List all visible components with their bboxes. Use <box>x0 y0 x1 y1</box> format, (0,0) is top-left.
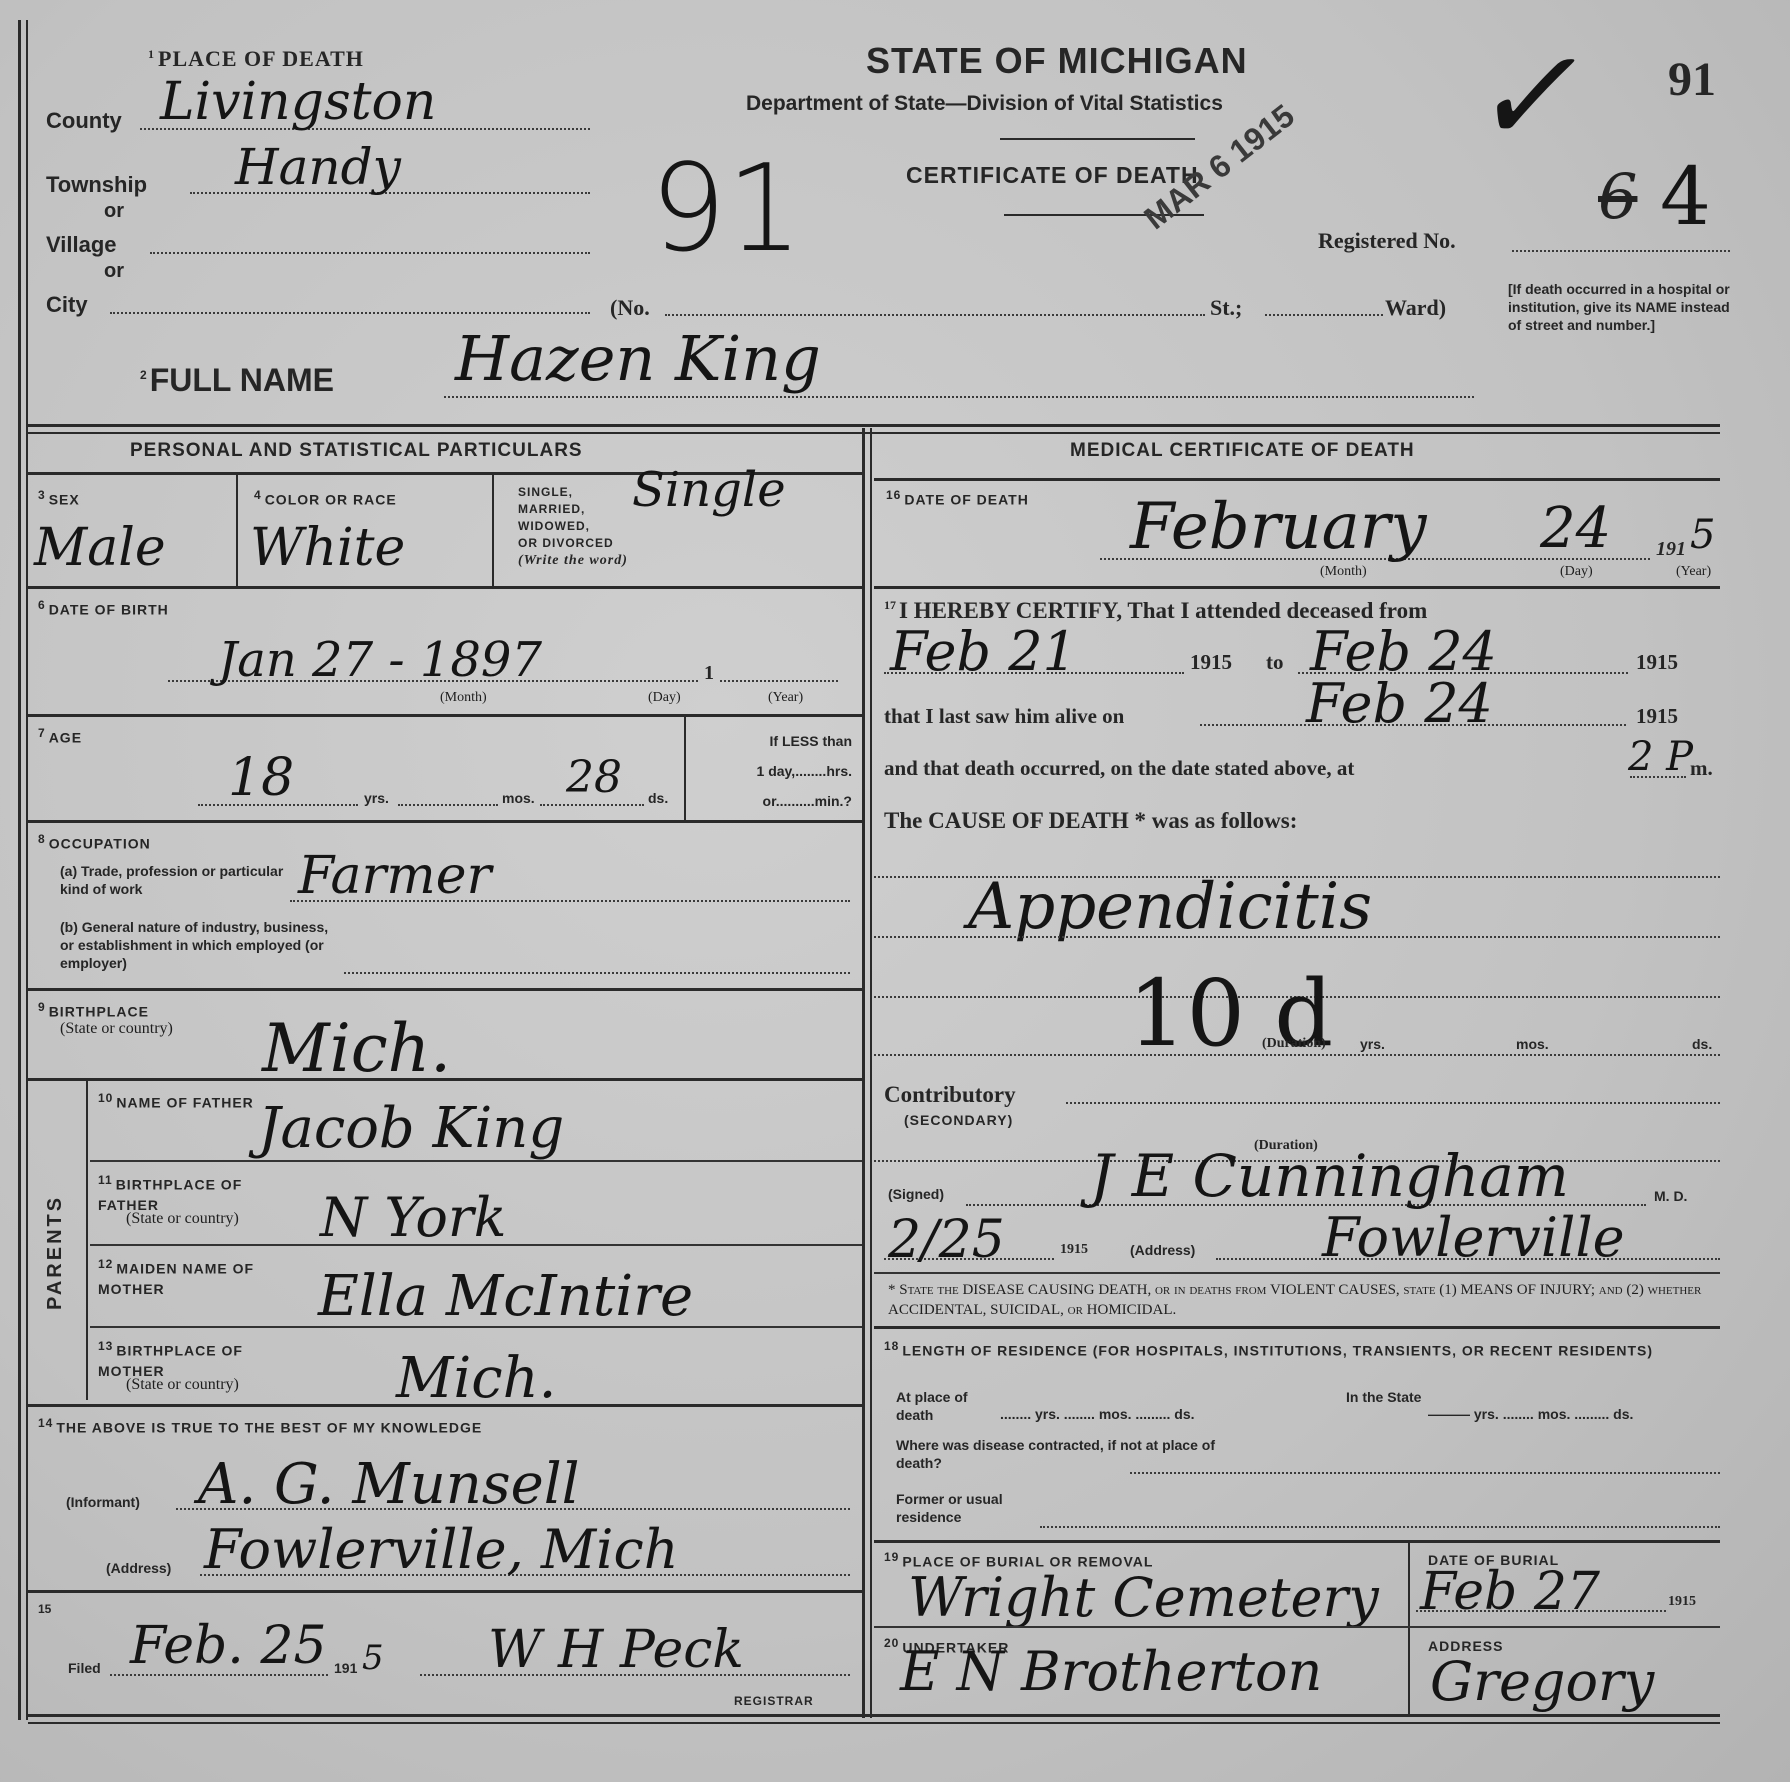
row-rule <box>28 1590 862 1593</box>
in-state-label: In the State <box>1346 1388 1426 1406</box>
less-than-day-block: If LESS than 1 day,........hrs. or......… <box>694 726 852 816</box>
filed-date-value: Feb. 25 <box>130 1616 327 1676</box>
row-rule <box>90 1326 862 1328</box>
registered-no-label: Registered No. <box>1318 228 1456 254</box>
column-divider <box>862 428 865 1718</box>
row-rule <box>874 586 1720 589</box>
informant-value: A. G. Munsell <box>198 1452 580 1517</box>
burial-place-value: Wright Cemetery <box>908 1566 1379 1629</box>
date-of-death-year-suffix: 5 <box>1690 512 1715 558</box>
signed-address-label: (Address) <box>1130 1242 1195 1258</box>
filed-number: 15 <box>38 1602 54 1622</box>
dob-label: 6DATE OF BIRTH <box>38 598 169 618</box>
signed-address-value: Fowlerville <box>1322 1206 1625 1269</box>
attended-from-year: 1915 <box>1190 650 1232 675</box>
father-birthplace-value: N York <box>320 1186 506 1249</box>
hospital-note: [If death occurred in a hospital or inst… <box>1508 280 1738 334</box>
left-border-inner <box>26 20 28 1720</box>
dob-year-line <box>720 680 838 682</box>
death-time-suffix: m. <box>1690 756 1713 781</box>
dob-year-prefix: 1 <box>704 662 714 685</box>
year-caption: (Year) <box>768 690 803 706</box>
cause-line-2 <box>874 936 1720 938</box>
row-rule <box>874 1326 1720 1329</box>
state-title: STATE OF MICHIGAN <box>866 40 1248 82</box>
date-of-death-day: 24 <box>1540 496 1611 561</box>
township-label: Township <box>46 172 147 198</box>
row-rule <box>90 1244 862 1246</box>
duration-label: (Duration) <box>1262 1036 1326 1052</box>
mother-birthplace-sub: (State or country) <box>126 1376 239 1394</box>
dod-month-caption: (Month) <box>1320 564 1367 580</box>
mother-birthplace-label: 13BIRTHPLACE OF MOTHER <box>98 1336 288 1381</box>
place-of-death-heading: 1PLACE OF DEATH <box>148 46 364 72</box>
checkmark-icon: ✓ <box>1464 20 1605 172</box>
registered-no-line <box>1512 250 1730 252</box>
personal-section-title: PERSONAL AND STATISTICAL PARTICULARS <box>130 440 583 462</box>
full-name-line <box>444 396 1474 398</box>
row-rule <box>874 1626 1720 1628</box>
death-time-label: and that death occurred, on the date sta… <box>884 756 1354 781</box>
signed-year: 1915 <box>1060 1242 1088 1258</box>
death-certificate: 1PLACE OF DEATH County Livingston Townsh… <box>0 0 1790 1782</box>
duration-ds: ds. <box>1692 1036 1712 1052</box>
occupation-label: 8OCCUPATION <box>38 832 151 852</box>
birthplace-label: 9BIRTHPLACE <box>38 1000 149 1020</box>
death-time-value: 2 P <box>1628 734 1693 780</box>
occupation-a-value: Farmer <box>298 846 491 906</box>
parents-divider <box>86 1080 88 1400</box>
row-rule <box>28 586 862 589</box>
village-line <box>150 252 590 254</box>
undertaker-address-value: Gregory <box>1430 1650 1654 1713</box>
father-birthplace-label: 11BIRTHPLACE OF FATHER <box>98 1170 288 1215</box>
informant-address-label: (Address) <box>106 1560 171 1576</box>
marital-status-value: Single <box>632 462 786 518</box>
attended-from-value: Feb 21 <box>890 620 1077 683</box>
age-days-line <box>540 804 644 806</box>
column-divider-inner <box>870 428 872 1718</box>
row-rule <box>874 1272 1720 1274</box>
filed-year-prefix: 191 <box>334 1660 357 1676</box>
township-value: Handy <box>235 138 401 196</box>
left-border <box>18 20 21 1720</box>
department-subtitle: Department of State—Division of Vital St… <box>746 92 1223 116</box>
ward-label: Ward) <box>1385 295 1446 321</box>
registered-no-value: 4 <box>1660 150 1711 243</box>
cause-of-death-value: Appendicitis <box>968 870 1372 944</box>
sex-value: Male <box>34 518 166 578</box>
filed-year-suffix: 5 <box>362 1638 384 1678</box>
burial-date-value: Feb 27 <box>1420 1562 1600 1622</box>
residence-place-units: ........ yrs. ........ mos. ......... ds… <box>1000 1406 1195 1422</box>
occupation-b-label: (b) General nature of industry, business… <box>60 918 344 972</box>
street-label: St.; <box>1210 295 1242 321</box>
date-of-death-month: February <box>1130 490 1426 564</box>
full-name-label-text: FULL NAME <box>150 362 334 398</box>
burial-divider <box>1408 1542 1410 1714</box>
duration-mos: mos. <box>1516 1036 1549 1052</box>
informant-label: (Informant) <box>66 1494 140 1510</box>
full-name-value: Hazen King <box>455 322 821 395</box>
cause-footnote: * State the DISEASE CAUSING DEATH, or in… <box>888 1280 1708 1320</box>
disease-contracted-line <box>1130 1472 1720 1474</box>
cause-of-death-label: The CAUSE OF DEATH * was as follows: <box>884 808 1297 834</box>
contributory-line <box>1066 1102 1720 1104</box>
disease-contracted-label: Where was disease contracted, if not at … <box>896 1436 1216 1472</box>
mother-maiden-name-label: 12MAIDEN NAME OF MOTHER <box>98 1254 288 1299</box>
last-saw-label: that I last saw him alive on <box>884 704 1124 729</box>
row-rule <box>28 820 862 823</box>
to-label: to <box>1266 650 1284 675</box>
contributory-label: Contributory <box>884 1082 1016 1108</box>
duration-line <box>874 1054 1720 1056</box>
signed-date-value: 2/25 <box>888 1210 1005 1270</box>
mos-label: mos. <box>502 790 535 806</box>
date-of-death-year-prefix: 191 <box>1656 538 1686 561</box>
last-saw-value: Feb 24 <box>1306 672 1493 735</box>
bottom-border-inner <box>28 1722 1720 1724</box>
attended-to-year: 1915 <box>1636 650 1678 675</box>
medical-title-rule <box>874 478 1720 481</box>
row-rule <box>874 1540 1720 1543</box>
city-label: City <box>46 292 88 318</box>
sex-label: 3SEX <box>38 488 80 508</box>
header-divider <box>28 424 1720 427</box>
informant-address-value: Fowlerville, Mich <box>204 1518 678 1581</box>
mother-birthplace-value: Mich. <box>396 1346 556 1411</box>
mother-maiden-name-value: Ella McIntire <box>318 1264 693 1329</box>
race-label: 4COLOR OR RACE <box>254 488 397 508</box>
parents-label: PARENTS <box>44 1195 67 1310</box>
printed-file-number: 91 <box>1668 52 1716 107</box>
father-name-value: Jacob King <box>258 1096 564 1161</box>
secondary-label: (SECONDARY) <box>904 1112 1013 1128</box>
day-caption: (Day) <box>648 690 681 706</box>
former-residence-line <box>1040 1526 1720 1528</box>
city-line <box>110 312 590 314</box>
registrar-signature: W H Peck <box>488 1620 744 1680</box>
handwritten-file-number: 91 <box>650 140 803 279</box>
registrar-label: REGISTRAR <box>734 1694 814 1708</box>
filed-label: Filed <box>68 1660 101 1676</box>
at-place-label: At place of death <box>896 1388 976 1424</box>
row-rule <box>28 714 862 717</box>
dob-value: Jan 27 - 1897 <box>218 632 542 688</box>
undertaker-value: E N Brotherton <box>900 1640 1322 1703</box>
header-divider-inner <box>28 432 1720 434</box>
duration-yrs: yrs. <box>1360 1036 1385 1052</box>
street-line <box>665 314 1205 316</box>
age-label: 7AGE <box>38 726 82 746</box>
bottom-border <box>28 1714 1720 1717</box>
marital-status-labels: SINGLE, MARRIED, WIDOWED, OR DIVORCED (W… <box>518 484 628 569</box>
row-rule <box>90 1160 862 1162</box>
father-name-label: 10NAME OF FATHER <box>98 1088 258 1113</box>
ward-line <box>1265 314 1383 316</box>
title-rule-top <box>1000 138 1195 140</box>
age-days-value: 28 <box>566 752 622 803</box>
last-saw-year: 1915 <box>1636 704 1678 729</box>
registered-no-struck: 6 <box>1598 160 1637 233</box>
birthplace-sub: (State or country) <box>60 1020 173 1038</box>
former-residence-label: Former or usual residence <box>896 1490 1056 1526</box>
burial-year: 1915 <box>1668 1594 1696 1610</box>
street-number-label: (No. <box>610 295 650 321</box>
age-months-line <box>398 804 498 806</box>
occupation-a-label: (a) Trade, profession or particular kind… <box>60 862 286 898</box>
race-value: White <box>250 518 405 578</box>
length-of-residence-label: 18LENGTH OF RESIDENCE (FOR HOSPITALS, IN… <box>884 1336 1714 1361</box>
ds-label: ds. <box>648 790 668 806</box>
or-label: or <box>104 200 124 223</box>
signed-label: (Signed) <box>888 1186 944 1202</box>
md-label: M. D. <box>1654 1188 1687 1204</box>
dod-day-caption: (Day) <box>1560 564 1593 580</box>
yrs-label: yrs. <box>364 790 389 806</box>
county-value: Livingston <box>160 72 436 132</box>
month-caption: (Month) <box>440 690 487 706</box>
full-name-label: 2FULL NAME <box>140 362 334 399</box>
age-divider <box>684 716 686 820</box>
county-label: County <box>46 108 122 134</box>
village-label: Village <box>46 232 117 258</box>
birthplace-value: Mich. <box>262 1010 451 1087</box>
father-birthplace-sub: (State or country) <box>126 1210 239 1228</box>
or-label: or <box>104 260 124 283</box>
race-marital-divider <box>492 474 494 586</box>
row-rule <box>28 1404 862 1407</box>
row-rule <box>28 988 862 991</box>
certificate-title: CERTIFICATE OF DEATH <box>906 162 1199 189</box>
age-years-value: 18 <box>228 748 294 808</box>
knowledge-statement: 14THE ABOVE IS TRUE TO THE BEST OF MY KN… <box>38 1416 482 1436</box>
row-rule <box>28 1078 862 1081</box>
residence-state-units: ——— yrs. ........ mos. ......... ds. <box>1428 1406 1633 1422</box>
occupation-b-line <box>344 972 850 974</box>
physician-signature: J E Cunningham <box>1090 1142 1569 1210</box>
dod-year-caption: (Year) <box>1676 564 1711 580</box>
medical-section-title: MEDICAL CERTIFICATE OF DEATH <box>1070 440 1415 462</box>
sex-race-divider <box>236 474 238 586</box>
date-of-death-label: 16DATE OF DEATH <box>886 488 1029 508</box>
